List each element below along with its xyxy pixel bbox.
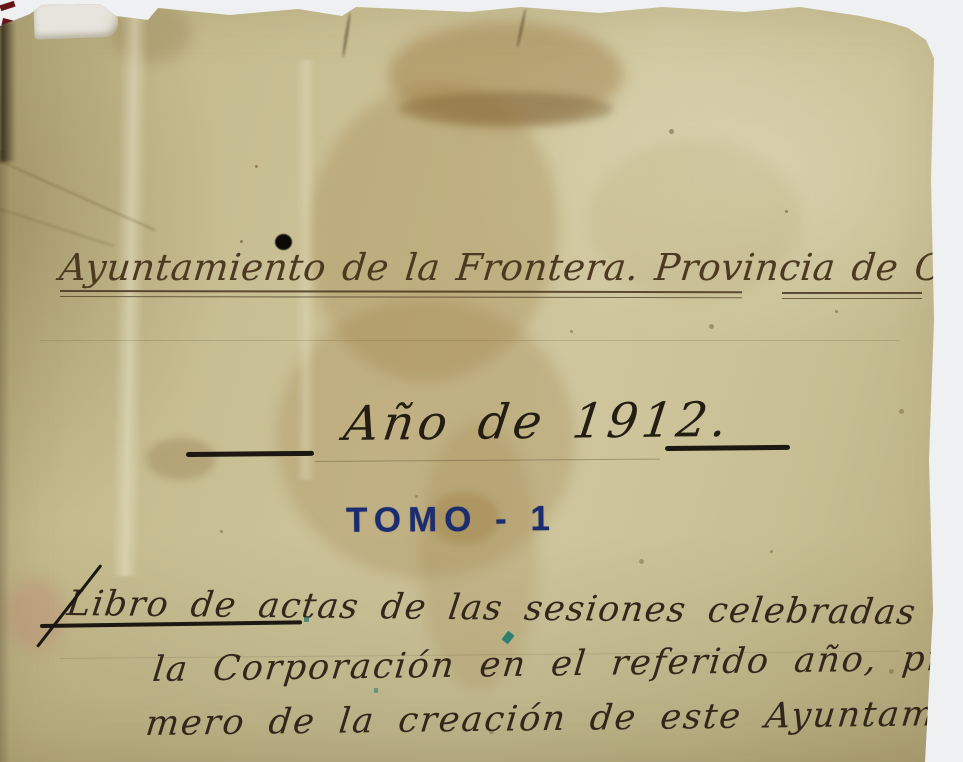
paper-impression-line: [40, 340, 900, 341]
title-line: Ayuntamiento de la Frontera. Provincia d…: [57, 246, 963, 289]
paper-sheet: Ayuntamiento de la Frontera. Provincia d…: [0, 0, 963, 762]
spine-shadow-soft: [0, 150, 10, 762]
teal-ink-speck: [304, 617, 309, 622]
year-dash-right: [665, 445, 790, 451]
tear-mark: [341, 12, 351, 58]
spine-shadow: [0, 22, 16, 162]
body-text-line-1: Libro de actas de las sesiones celebrada…: [65, 584, 963, 634]
body-text-line-3: mero de la creación de este Ayuntamiento: [144, 693, 963, 744]
stain-left-small: [146, 438, 216, 480]
diagonal-crease: [0, 208, 114, 247]
spine-mark: [0, 1, 16, 11]
teal-ink-speck: [374, 688, 378, 693]
scanned-document: Ayuntamiento de la Frontera. Provincia d…: [0, 0, 963, 762]
title-underline-left: [60, 290, 742, 298]
torn-patch: [33, 3, 118, 40]
foxing-specks: [240, 240, 243, 243]
volume-stamp: TOMO - 1: [346, 499, 557, 541]
pink-smudge: [6, 578, 64, 650]
year-line: Año de 1912.: [341, 392, 734, 452]
body-text-line-2: la Corporación en el referido año, pri-: [151, 639, 963, 690]
title-underline-right: [782, 292, 922, 299]
